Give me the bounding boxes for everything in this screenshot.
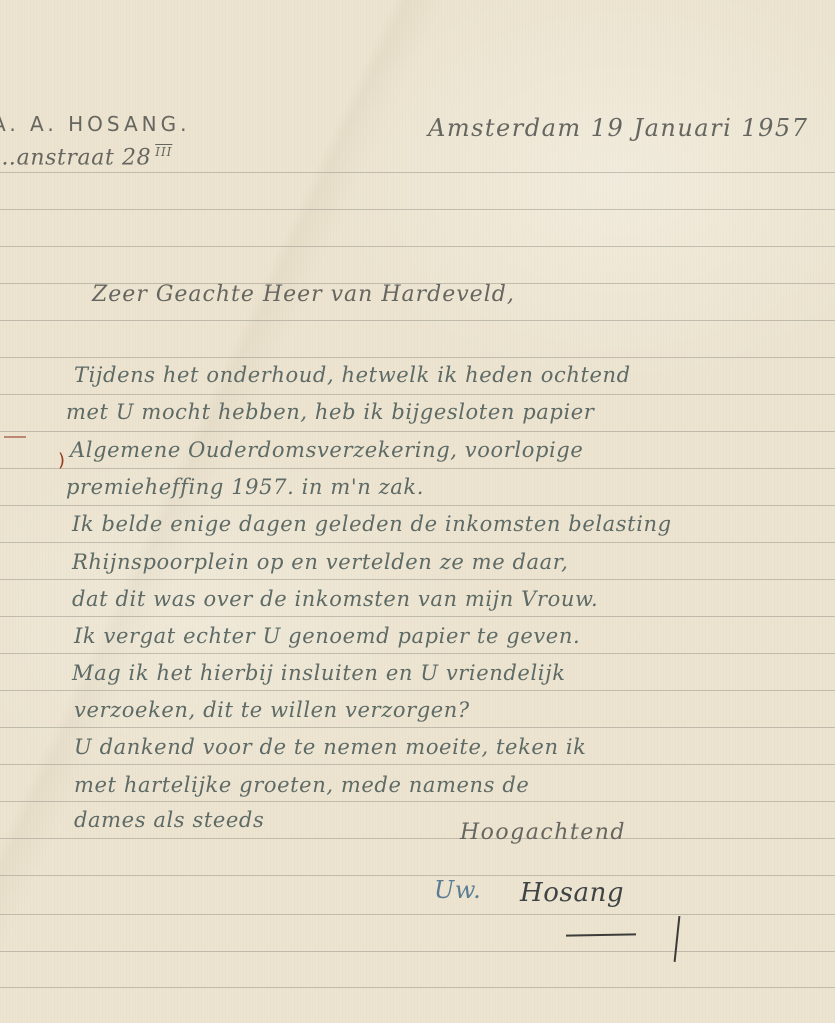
body-line: dames als steeds <box>74 810 264 831</box>
ruled-line <box>0 579 835 580</box>
body-line: met U mocht hebben, heb ik bijgesloten p… <box>66 402 594 423</box>
ruled-line <box>0 394 835 395</box>
ruled-line <box>0 616 835 617</box>
body-line: Mag ik het hierbij insluiten en U vriend… <box>72 663 566 684</box>
ruled-line <box>0 690 835 691</box>
closing-text: Hoogachtend <box>460 822 626 844</box>
sender-street: …anstraat 28 <box>0 145 151 170</box>
body-line: verzoeken, dit te willen verzorgen? <box>74 700 470 721</box>
body-line: Ik vergat echter U genoemd papier te gev… <box>74 626 580 647</box>
dateline: Amsterdam 19 Januari 1957 <box>428 116 808 140</box>
body-line: Tijdens het onderhoud, hetwelk ik heden … <box>74 365 631 386</box>
ruled-line <box>0 542 835 543</box>
ruled-line <box>0 764 835 765</box>
ruled-line <box>0 468 835 469</box>
salutation: Zeer Geachte Heer van Hardeveld, <box>92 284 515 306</box>
sender-floor: III <box>155 145 172 159</box>
sender-name: A. A. HOSANG. <box>0 114 190 134</box>
ruled-line <box>0 875 835 876</box>
ruled-line <box>0 838 835 839</box>
ruled-line <box>0 951 835 952</box>
letter-sheet: A. A. HOSANG. …anstraat 28III Amsterdam … <box>0 0 835 1023</box>
body-line: Algemene Ouderdomsverzekering, voorlopig… <box>70 440 583 461</box>
ruled-line <box>0 431 835 432</box>
ruled-line <box>0 653 835 654</box>
body-line: met hartelijke groeten, mede namens de <box>74 775 529 796</box>
margin-dash-mark <box>4 436 26 438</box>
margin-bracket-mark: ) <box>58 450 65 471</box>
signature-name: Hosang <box>520 880 624 906</box>
signature-tail <box>674 916 681 962</box>
body-line: U dankend voor de te nemen moeite, teken… <box>74 737 586 758</box>
ruled-line <box>0 727 835 728</box>
ruled-line <box>0 914 835 915</box>
signature-flourish <box>566 933 636 936</box>
body-line: Rhijnspoorplein op en vertelden ze me da… <box>72 552 568 573</box>
body-line: Ik belde enige dagen geleden de inkomste… <box>72 514 672 535</box>
body-line: dat dit was over de inkomsten van mijn V… <box>72 589 598 610</box>
ruled-line <box>0 505 835 506</box>
ruled-line <box>0 357 835 358</box>
sender-address: …anstraat 28III <box>0 146 172 169</box>
ruled-line <box>0 987 835 988</box>
ruled-line <box>0 801 835 802</box>
ruled-line <box>0 320 835 321</box>
body-line: premieheffing 1957. in m'n zak. <box>66 477 424 498</box>
ruled-line <box>0 209 835 210</box>
signature-prefix: Uw. <box>434 878 481 902</box>
ruled-line <box>0 246 835 247</box>
ruled-line <box>0 172 835 173</box>
